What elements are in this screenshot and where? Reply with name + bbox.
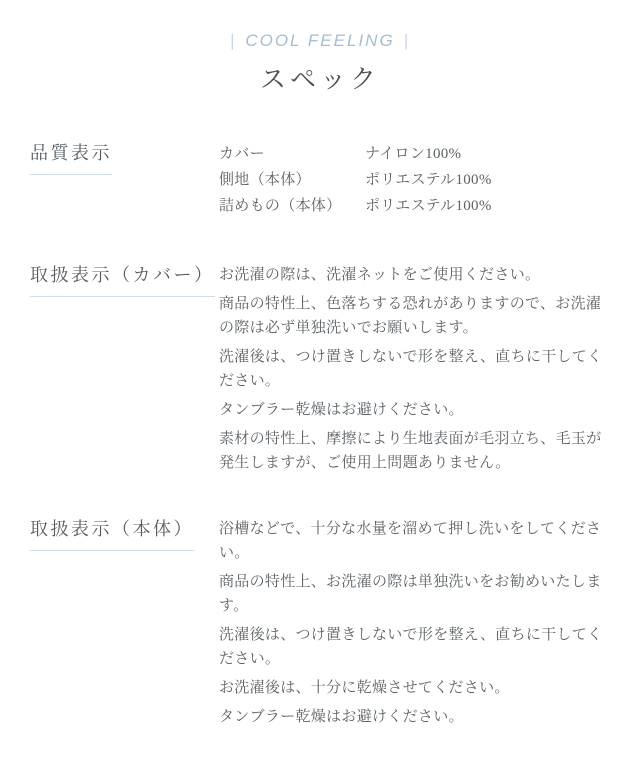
care-instruction: 洗濯後は、つけ置きしないで形を整え、直ちに干してください。 xyxy=(219,623,610,671)
care-instruction: タンブラー乾燥はお避けください。 xyxy=(219,398,610,422)
care-instruction: タンブラー乾燥はお避けください。 xyxy=(219,705,610,729)
spec-page: |COOL FEELING| スペック 品質表示 カバー ナイロン100% 側地… xyxy=(0,0,640,768)
quality-label-col: 品質表示 xyxy=(30,141,219,175)
spec-name: 詰めもの（本体） xyxy=(219,193,365,219)
eyebrow-left-bar-icon: | xyxy=(221,31,245,50)
eyebrow-right-bar-icon: | xyxy=(395,31,419,50)
care-cover-section-label: 取扱表示（カバー） xyxy=(30,265,215,297)
care-body-instructions: 浴槽などで、十分な水量を溜めて押し洗いをしてください。 商品の特性上、お洗濯の際… xyxy=(219,517,610,729)
care-instruction: お洗濯後は、十分に乾燥させてください。 xyxy=(219,676,610,700)
care-instruction: 商品の特性上、色落ちする恐れがありますので、お洗濯の際は必ず単独洗いでお願いしま… xyxy=(219,292,610,340)
care-instruction: 素材の特性上、摩擦により生地表面が毛羽立ち、毛玉が発生しますが、ご使用上問題あり… xyxy=(219,427,610,475)
section-care-cover: 取扱表示（カバー） お洗濯の際は、洗濯ネットをご使用ください。 商品の特性上、色… xyxy=(30,263,640,475)
spec-name: カバー xyxy=(219,141,365,167)
spec-value: ポリエステル100% xyxy=(365,167,610,193)
care-instruction: 洗濯後は、つけ置きしないで形を整え、直ちに干してください。 xyxy=(219,345,610,393)
spec-name: 側地（本体） xyxy=(219,167,365,193)
section-quality-label: 品質表示 カバー ナイロン100% 側地（本体） ポリエステル100% 詰めもの… xyxy=(30,141,640,219)
quality-spec-table: カバー ナイロン100% 側地（本体） ポリエステル100% 詰めもの（本体） … xyxy=(219,141,610,219)
eyebrow: |COOL FEELING| xyxy=(0,30,640,52)
spec-row: 詰めもの（本体） ポリエステル100% xyxy=(219,193,610,219)
care-body-section-label: 取扱表示（本体） xyxy=(30,519,194,551)
care-instruction: お洗濯の際は、洗濯ネットをご使用ください。 xyxy=(219,263,610,287)
spec-value: ポリエステル100% xyxy=(365,193,610,219)
spec-value: ナイロン100% xyxy=(365,141,610,167)
section-care-body: 取扱表示（本体） 浴槽などで、十分な水量を溜めて押し洗いをしてください。 商品の… xyxy=(30,517,640,729)
spec-row: カバー ナイロン100% xyxy=(219,141,610,167)
page-title: スペック xyxy=(0,65,640,95)
care-instruction: 商品の特性上、お洗濯の際は単独洗いをお勧めいたします。 xyxy=(219,570,610,618)
care-cover-label-col: 取扱表示（カバー） xyxy=(30,263,219,297)
care-body-label-col: 取扱表示（本体） xyxy=(30,517,219,551)
care-instruction: 浴槽などで、十分な水量を溜めて押し洗いをしてください。 xyxy=(219,517,610,565)
care-cover-instructions: お洗濯の際は、洗濯ネットをご使用ください。 商品の特性上、色落ちする恐れがありま… xyxy=(219,263,610,475)
spec-row: 側地（本体） ポリエステル100% xyxy=(219,167,610,193)
eyebrow-text: COOL FEELING xyxy=(245,31,394,50)
spec-sections: 品質表示 カバー ナイロン100% 側地（本体） ポリエステル100% 詰めもの… xyxy=(0,141,640,729)
quality-section-label: 品質表示 xyxy=(30,143,112,175)
spec-header: |COOL FEELING| スペック xyxy=(0,0,640,95)
